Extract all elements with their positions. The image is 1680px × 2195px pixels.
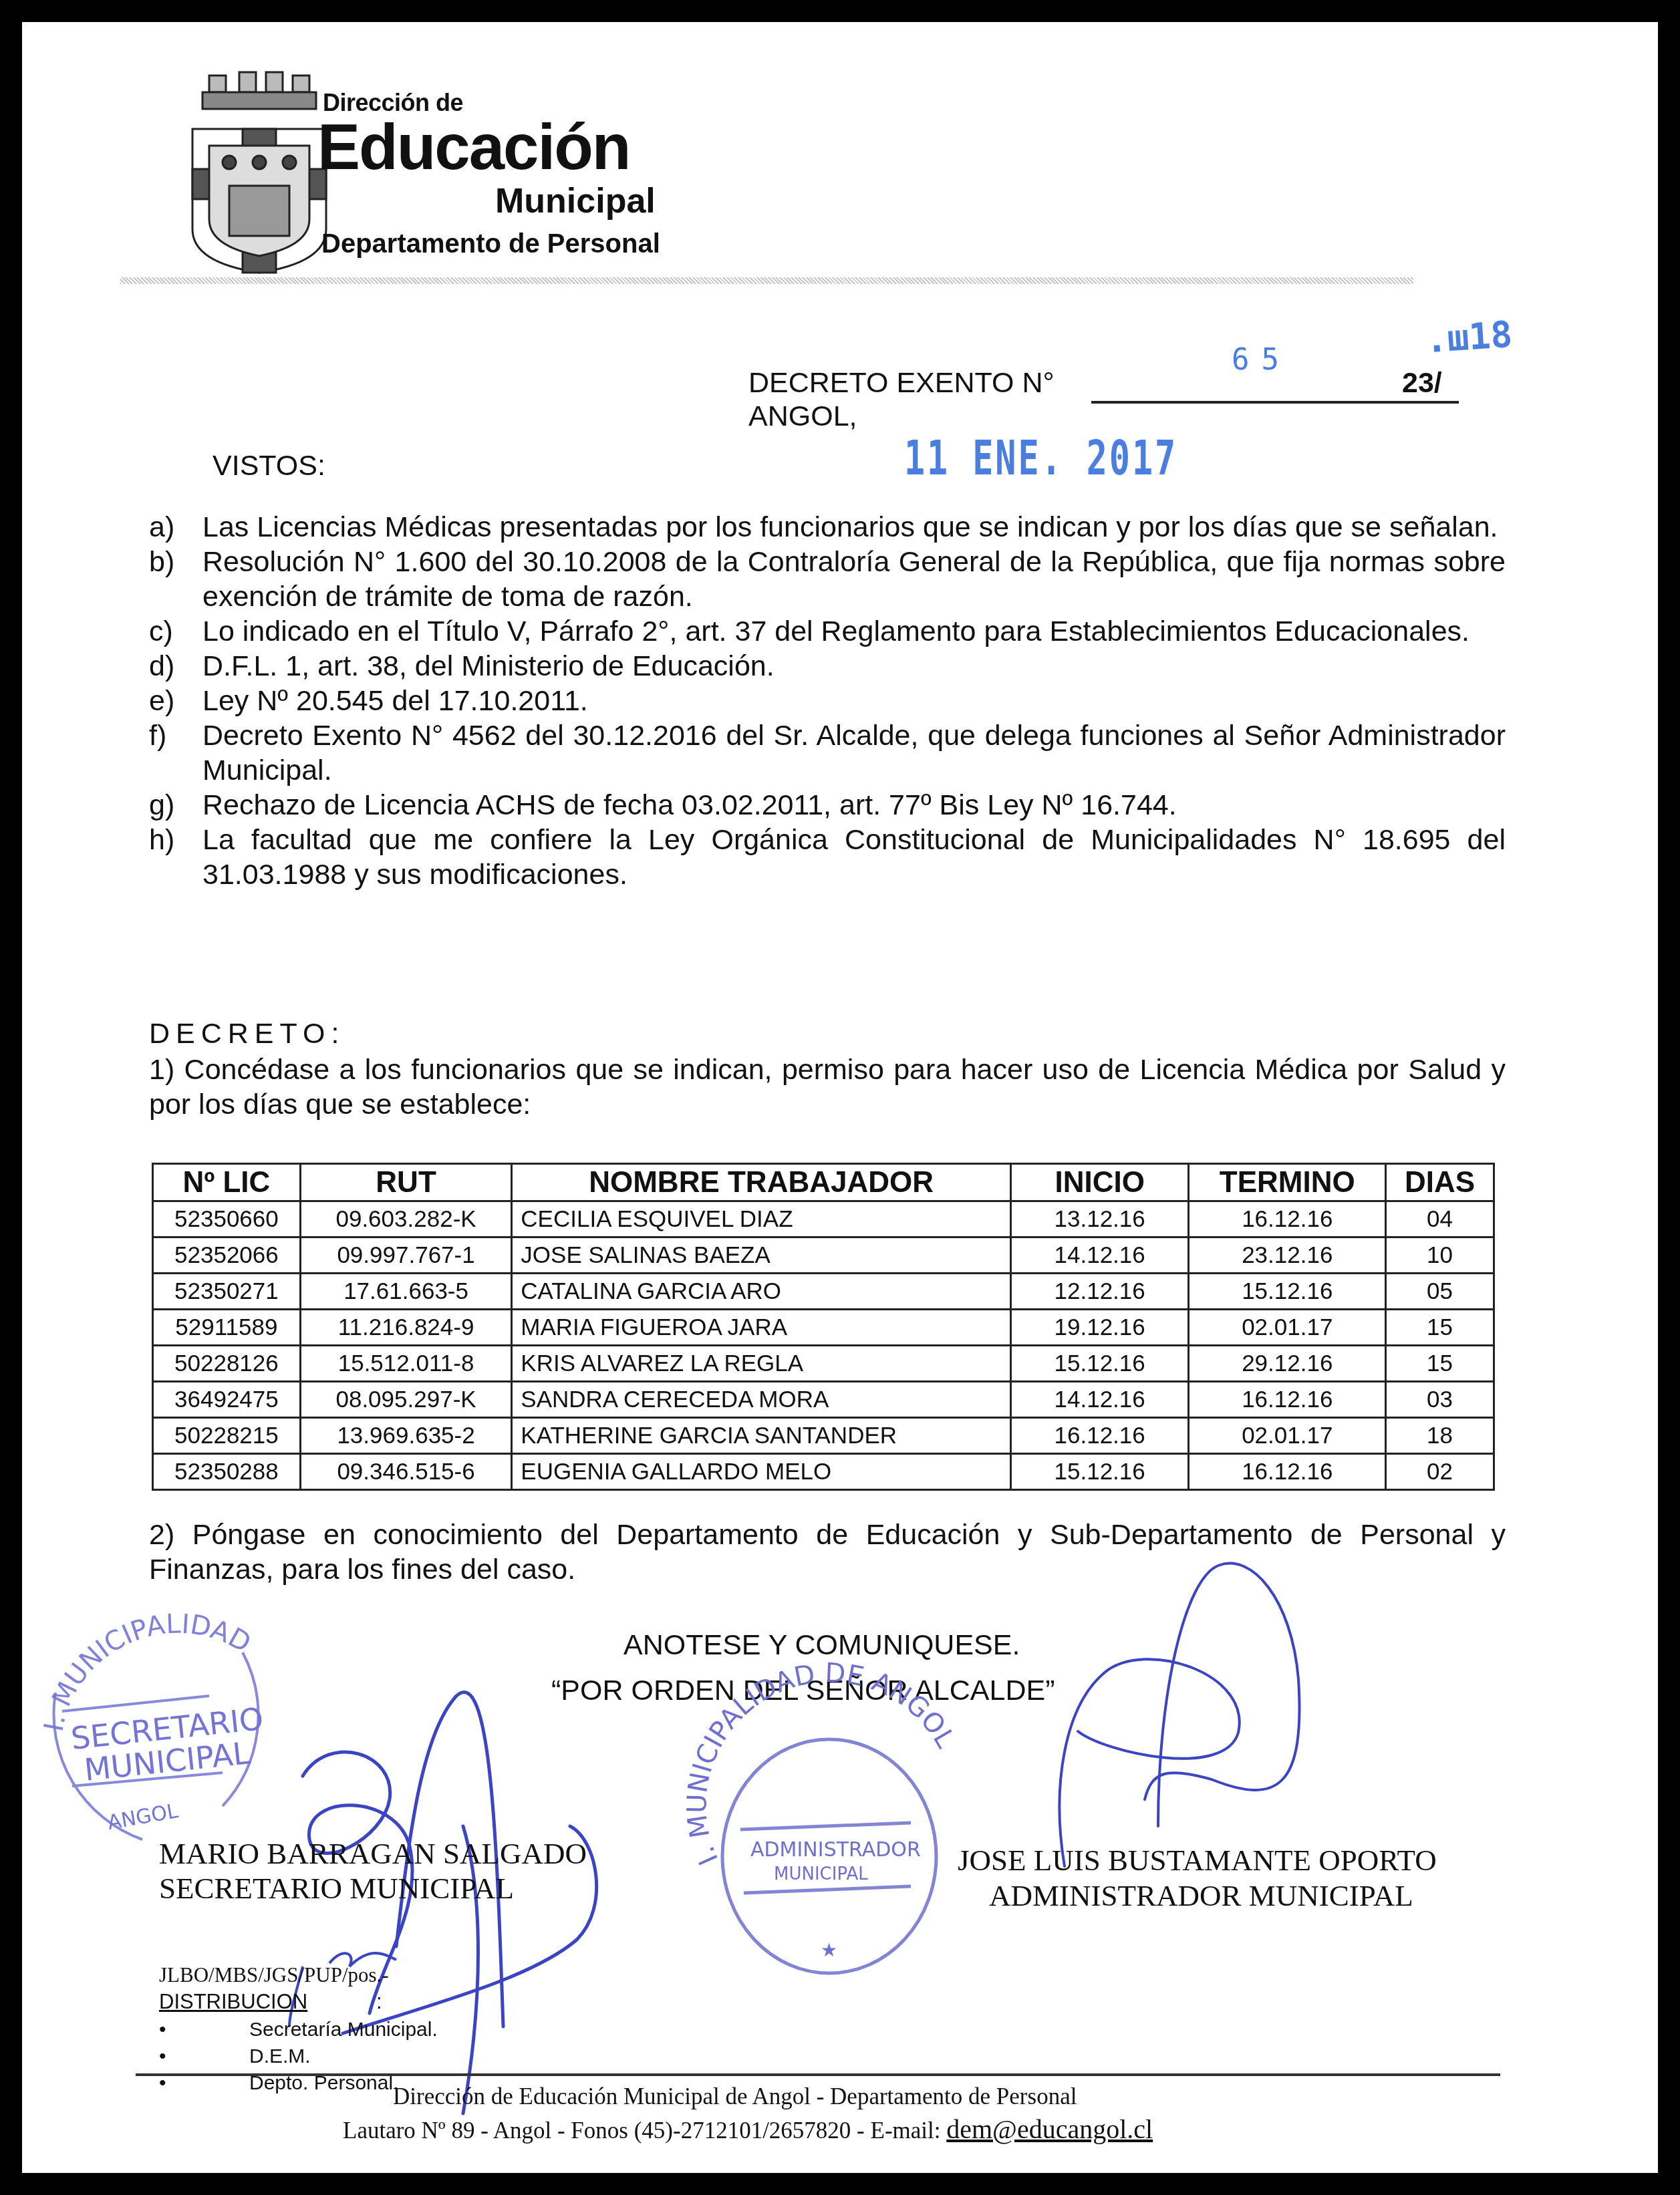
cell-rut: 09.997.767-1 (300, 1237, 512, 1274)
cell-nlic: 52911589 (153, 1310, 301, 1346)
list-item: •Secretaría Municipal. (159, 2017, 438, 2043)
bullet-icon: • (159, 2017, 249, 2043)
list-item: f)Decreto Exento N° 4562 del 30.12.2016 … (149, 718, 1506, 788)
cell-rut: 15.512.011-8 (300, 1346, 512, 1382)
decree-label: DECRETO EXENTO N° (748, 367, 1055, 400)
cell-rut: 09.346.515-6 (300, 1454, 512, 1490)
decreto-heading: DECRETO: (149, 1018, 345, 1050)
footer-line1: Dirección de Educación Municipal de Ango… (393, 2083, 1077, 2110)
cell-dias: 05 (1386, 1274, 1494, 1310)
cell-nombre: CATALINA GARCIA ARO (512, 1274, 1011, 1310)
cell-termino: 16.12.16 (1189, 1454, 1386, 1490)
cell-rut: 09.603.282-K (300, 1201, 512, 1237)
closing-orden: “POR ORDEN DEL SEÑOR ALCALDE” (551, 1674, 1055, 1707)
cell-nlic: 52350660 (153, 1201, 301, 1237)
header-separator (120, 277, 1413, 284)
cell-termino: 02.01.17 (1189, 1310, 1386, 1346)
svg-text:SECRETARIO: SECRETARIO (69, 1701, 265, 1757)
decree-number-suffix: 23/ (1402, 367, 1442, 400)
cell-nlic: 50228215 (153, 1418, 301, 1454)
list-item: b)Resolución N° 1.600 del 30.10.2008 de … (149, 545, 1506, 614)
table-row: 5022821513.969.635-2KATHERINE GARCIA SAN… (153, 1418, 1494, 1454)
cell-termino: 29.12.16 (1189, 1346, 1386, 1382)
svg-text:I. MUNICIPALIDAD: I. MUNICIPALIDAD (38, 1608, 256, 1733)
col-header-nombre: NOMBRE TRABAJADOR (512, 1164, 1011, 1201)
table-row: 5235027117.61.663-5CATALINA GARCIA ARO12… (153, 1274, 1494, 1310)
list-item: d)D.F.L. 1, art. 38, del Ministerio de E… (149, 649, 1506, 684)
vistos-list: a)Las Licencias Médicas presentadas por … (149, 510, 1506, 892)
signer-right-name: JOSE LUIS BUSTAMANTE OPORTO (958, 1843, 1437, 1878)
cell-inicio: 13.12.16 (1010, 1201, 1189, 1237)
table-header-row: Nº LIC RUT NOMBRE TRABAJADOR INICIO TERM… (153, 1164, 1494, 1201)
col-header-dias: DIAS (1386, 1164, 1494, 1201)
cell-inicio: 19.12.16 (1010, 1310, 1189, 1346)
footer-email-link[interactable]: dem@educangol.cl (946, 2114, 1153, 2144)
svg-text:MUNICIPAL: MUNICIPAL (83, 1735, 253, 1788)
cell-nombre: SANDRA CERECEDA MORA (512, 1382, 1011, 1418)
svg-text:★: ★ (821, 1939, 837, 1961)
svg-text:MUNICIPAL: MUNICIPAL (774, 1864, 868, 1884)
signer-left-title: SECRETARIO MUNICIPAL (159, 1871, 514, 1906)
svg-text:ADMINISTRADOR: ADMINISTRADOR (750, 1838, 921, 1862)
distribution-heading: DISTRIBUCION (159, 1990, 307, 2014)
corner-stamp: .ш18 (1424, 313, 1514, 361)
cell-dias: 10 (1386, 1237, 1494, 1274)
decree-page: Dirección de Educación Municipal Departa… (22, 22, 1658, 2173)
decree-number-stamp: 65 (1232, 343, 1291, 377)
cell-dias: 02 (1386, 1454, 1494, 1490)
coat-of-arms-icon (182, 69, 336, 276)
svg-text:ANGOL: ANGOL (106, 1799, 180, 1835)
cell-rut: 17.61.663-5 (300, 1274, 512, 1310)
signer-left-name: MARIO BARRAGAN SALGADO (159, 1836, 587, 1871)
cell-nombre: KRIS ALVAREZ LA REGLA (512, 1346, 1011, 1382)
administrador-seal-icon (722, 1739, 936, 1973)
decree-number-underline (1091, 401, 1459, 404)
bullet-icon: • (159, 2043, 249, 2070)
list-item: g)Rechazo de Licencia ACHS de fecha 03.0… (149, 788, 1506, 823)
table-row: 5235066009.603.282-KCECILIA ESQUIVEL DIA… (153, 1201, 1494, 1237)
letterhead-department: Departamento de Personal (321, 229, 660, 259)
list-item: h)La facultad que me confiere la Ley Org… (149, 823, 1506, 892)
table-row: 5022812615.512.011-8KRIS ALVAREZ LA REGL… (153, 1346, 1494, 1382)
footer-line2: Lautaro Nº 89 - Angol - Fonos (45)-27121… (343, 2113, 1153, 2145)
col-header-inicio: INICIO (1010, 1164, 1189, 1201)
cell-inicio: 14.12.16 (1010, 1237, 1189, 1274)
col-header-rut: RUT (300, 1164, 512, 1201)
licenses-table: Nº LIC RUT NOMBRE TRABAJADOR INICIO TERM… (152, 1163, 1495, 1491)
list-item: a)Las Licencias Médicas presentadas por … (149, 510, 1506, 545)
list-item: c)Lo indicado en el Título V, Párrafo 2°… (149, 614, 1506, 649)
cell-nlic: 36492475 (153, 1382, 301, 1418)
cell-nombre: EUGENIA GALLARDO MELO (512, 1454, 1011, 1490)
letterhead-line3: Municipal (495, 181, 656, 221)
signature-right-icon (1060, 1564, 1300, 1866)
cell-dias: 04 (1386, 1201, 1494, 1237)
cell-rut: 11.216.824-9 (300, 1310, 512, 1346)
cell-dias: 18 (1386, 1418, 1494, 1454)
vistos-heading: VISTOS: (213, 450, 325, 482)
date-stamp: 11 ENE. 2017 (904, 430, 1177, 486)
footer-divider (136, 2073, 1500, 2076)
cell-rut: 08.095.297-K (300, 1382, 512, 1418)
cell-inicio: 14.12.16 (1010, 1382, 1189, 1418)
cell-nombre: MARIA FIGUEROA JARA (512, 1310, 1011, 1346)
cell-dias: 03 (1386, 1382, 1494, 1418)
cell-nlic: 52352066 (153, 1237, 301, 1274)
col-header-nlic: Nº LIC (153, 1164, 301, 1201)
signer-right-title: ADMINISTRADOR MUNICIPAL (989, 1878, 1413, 1913)
cell-inicio: 15.12.16 (1010, 1346, 1189, 1382)
cell-nlic: 52350288 (153, 1454, 301, 1490)
cell-inicio: 16.12.16 (1010, 1418, 1189, 1454)
cell-nlic: 50228126 (153, 1346, 301, 1382)
cell-nombre: JOSE SALINAS BAEZA (512, 1237, 1011, 1274)
cell-termino: 23.12.16 (1189, 1237, 1386, 1274)
table-row: 3649247508.095.297-KSANDRA CERECEDA MORA… (153, 1382, 1494, 1418)
cell-inicio: 15.12.16 (1010, 1454, 1189, 1490)
letterhead-title: Educación (317, 116, 629, 180)
cell-nombre: KATHERINE GARCIA SANTANDER (512, 1418, 1011, 1454)
table-row: 5291158911.216.824-9MARIA FIGUEROA JARA1… (153, 1310, 1494, 1346)
reference-initials: JLBO/MBS/JGS/PUP/pos.- (159, 1963, 389, 1987)
col-header-termino: TERMINO (1189, 1164, 1386, 1201)
cell-termino: 15.12.16 (1189, 1274, 1386, 1310)
cell-rut: 13.969.635-2 (300, 1418, 512, 1454)
cell-inicio: 12.12.16 (1010, 1274, 1189, 1310)
table-row: 5235028809.346.515-6EUGENIA GALLARDO MEL… (153, 1454, 1494, 1490)
cell-termino: 02.01.17 (1189, 1418, 1386, 1454)
cell-dias: 15 (1386, 1310, 1494, 1346)
cell-termino: 16.12.16 (1189, 1382, 1386, 1418)
cell-termino: 16.12.16 (1189, 1201, 1386, 1237)
closing-anotese: ANOTESE Y COMUNIQUESE. (623, 1629, 1020, 1662)
decreto-point-2: 2) Póngase en conocimiento del Departame… (149, 1517, 1506, 1587)
decree-place: ANGOL, (748, 400, 857, 433)
decreto-point-1: 1) Concédase a los funcionarios que se i… (149, 1052, 1506, 1122)
list-item: •D.E.M. (159, 2043, 438, 2070)
cell-dias: 15 (1386, 1346, 1494, 1382)
table-row: 5235206609.997.767-1JOSE SALINAS BAEZA14… (153, 1237, 1494, 1274)
list-item: e)Ley Nº 20.545 del 17.10.2011. (149, 684, 1506, 718)
secretario-seal-icon (53, 1652, 258, 1840)
cell-nlic: 52350271 (153, 1274, 301, 1310)
cell-nombre: CECILIA ESQUIVEL DIAZ (512, 1201, 1011, 1237)
